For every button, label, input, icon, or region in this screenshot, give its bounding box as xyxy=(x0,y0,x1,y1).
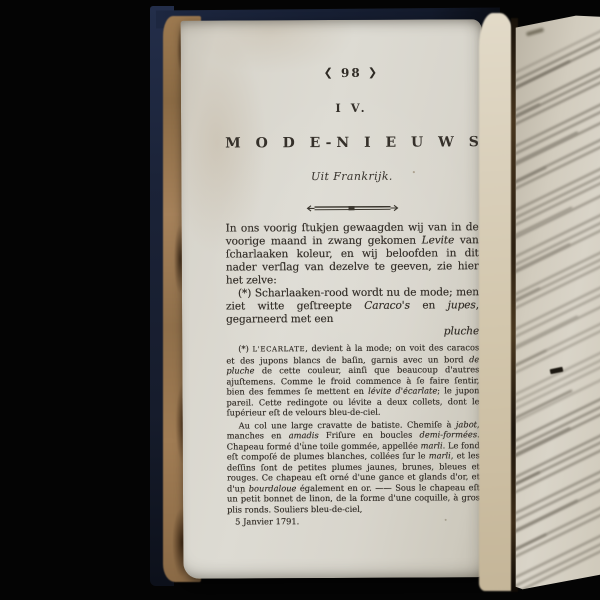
intro-dutch: In ons voorig ſtukjen gewaagden wij van … xyxy=(226,221,479,287)
footnote-dutch-segment: en xyxy=(410,299,448,311)
footnote-dutch-segment: Caraco's xyxy=(364,300,410,312)
book-photograph: ❮ 98 ❯ I V. M O D E-N I E U W S. Uit Fra… xyxy=(0,0,600,600)
page-speckles xyxy=(181,21,182,22)
catchword-line: pluche xyxy=(226,325,479,339)
facing-page-header-mark xyxy=(526,28,544,37)
page-number-line: ❮ 98 ❯ xyxy=(225,65,478,80)
main-page: ❮ 98 ❯ I V. M O D E-N I E U W S. Uit Fra… xyxy=(181,19,485,579)
divider-rule-icon xyxy=(306,203,398,213)
intro-dutch-segment: Levite xyxy=(422,234,455,246)
section-title: M O D E-N I E U W S. xyxy=(225,134,478,151)
section-divider-ornament xyxy=(225,197,478,208)
footnote-french-2-segment: bourdaloue xyxy=(249,483,297,493)
footnote-french-2-segment: Friſure en boucles xyxy=(319,430,420,441)
footnote-french-2-segment: amadis xyxy=(289,430,319,440)
page-number-ornament-right-icon: ❯ xyxy=(368,66,379,79)
section-subtitle: Uit Frankrijk. xyxy=(225,169,478,183)
footnote-french-1-segment: lévite d'écarlate xyxy=(368,385,437,395)
footnote-dutch-segment: jupes xyxy=(448,299,476,311)
footnote-french-1-segment: L'ECARLATE xyxy=(252,344,305,353)
footnote-french-1: (*) L'ECARLATE, devient à la mode; on vo… xyxy=(226,342,479,418)
page-number: 98 xyxy=(341,66,362,80)
footnote-dutch: (*) Scharlaaken-rood wordt nu de mode; m… xyxy=(226,286,479,326)
facing-page xyxy=(514,0,600,600)
printed-text-column: ❮ 98 ❯ I V. M O D E-N I E U W S. Uit Fra… xyxy=(225,19,481,527)
footnote-french-2-segment: jabot xyxy=(456,419,477,429)
catchword-line-segment: pluche xyxy=(444,325,479,337)
page-number-ornament-left-icon: ❮ xyxy=(324,66,335,79)
footnote-french-2-segment: marli xyxy=(429,450,451,460)
footnote-french-2-segment: marli xyxy=(421,440,443,450)
footnote-french-2-segment: Au col une large cravatte de batiste. Ch… xyxy=(239,419,456,430)
date-line: 5 Janvier 1791. xyxy=(227,515,480,527)
section-number: I V. xyxy=(225,100,478,115)
footnote-french-2-segment: demi-formées xyxy=(420,429,478,439)
paragraphs: In ons voorig ſtukjen gewaagden wij van … xyxy=(226,221,481,527)
facing-page-lines xyxy=(504,52,600,585)
footnote-french-1-segment: (*) xyxy=(238,343,252,353)
footnote-french-2: Au col une large cravatte de batiste. Ch… xyxy=(227,419,480,515)
date-line-segment: 5 Janvier 1791. xyxy=(235,516,299,526)
